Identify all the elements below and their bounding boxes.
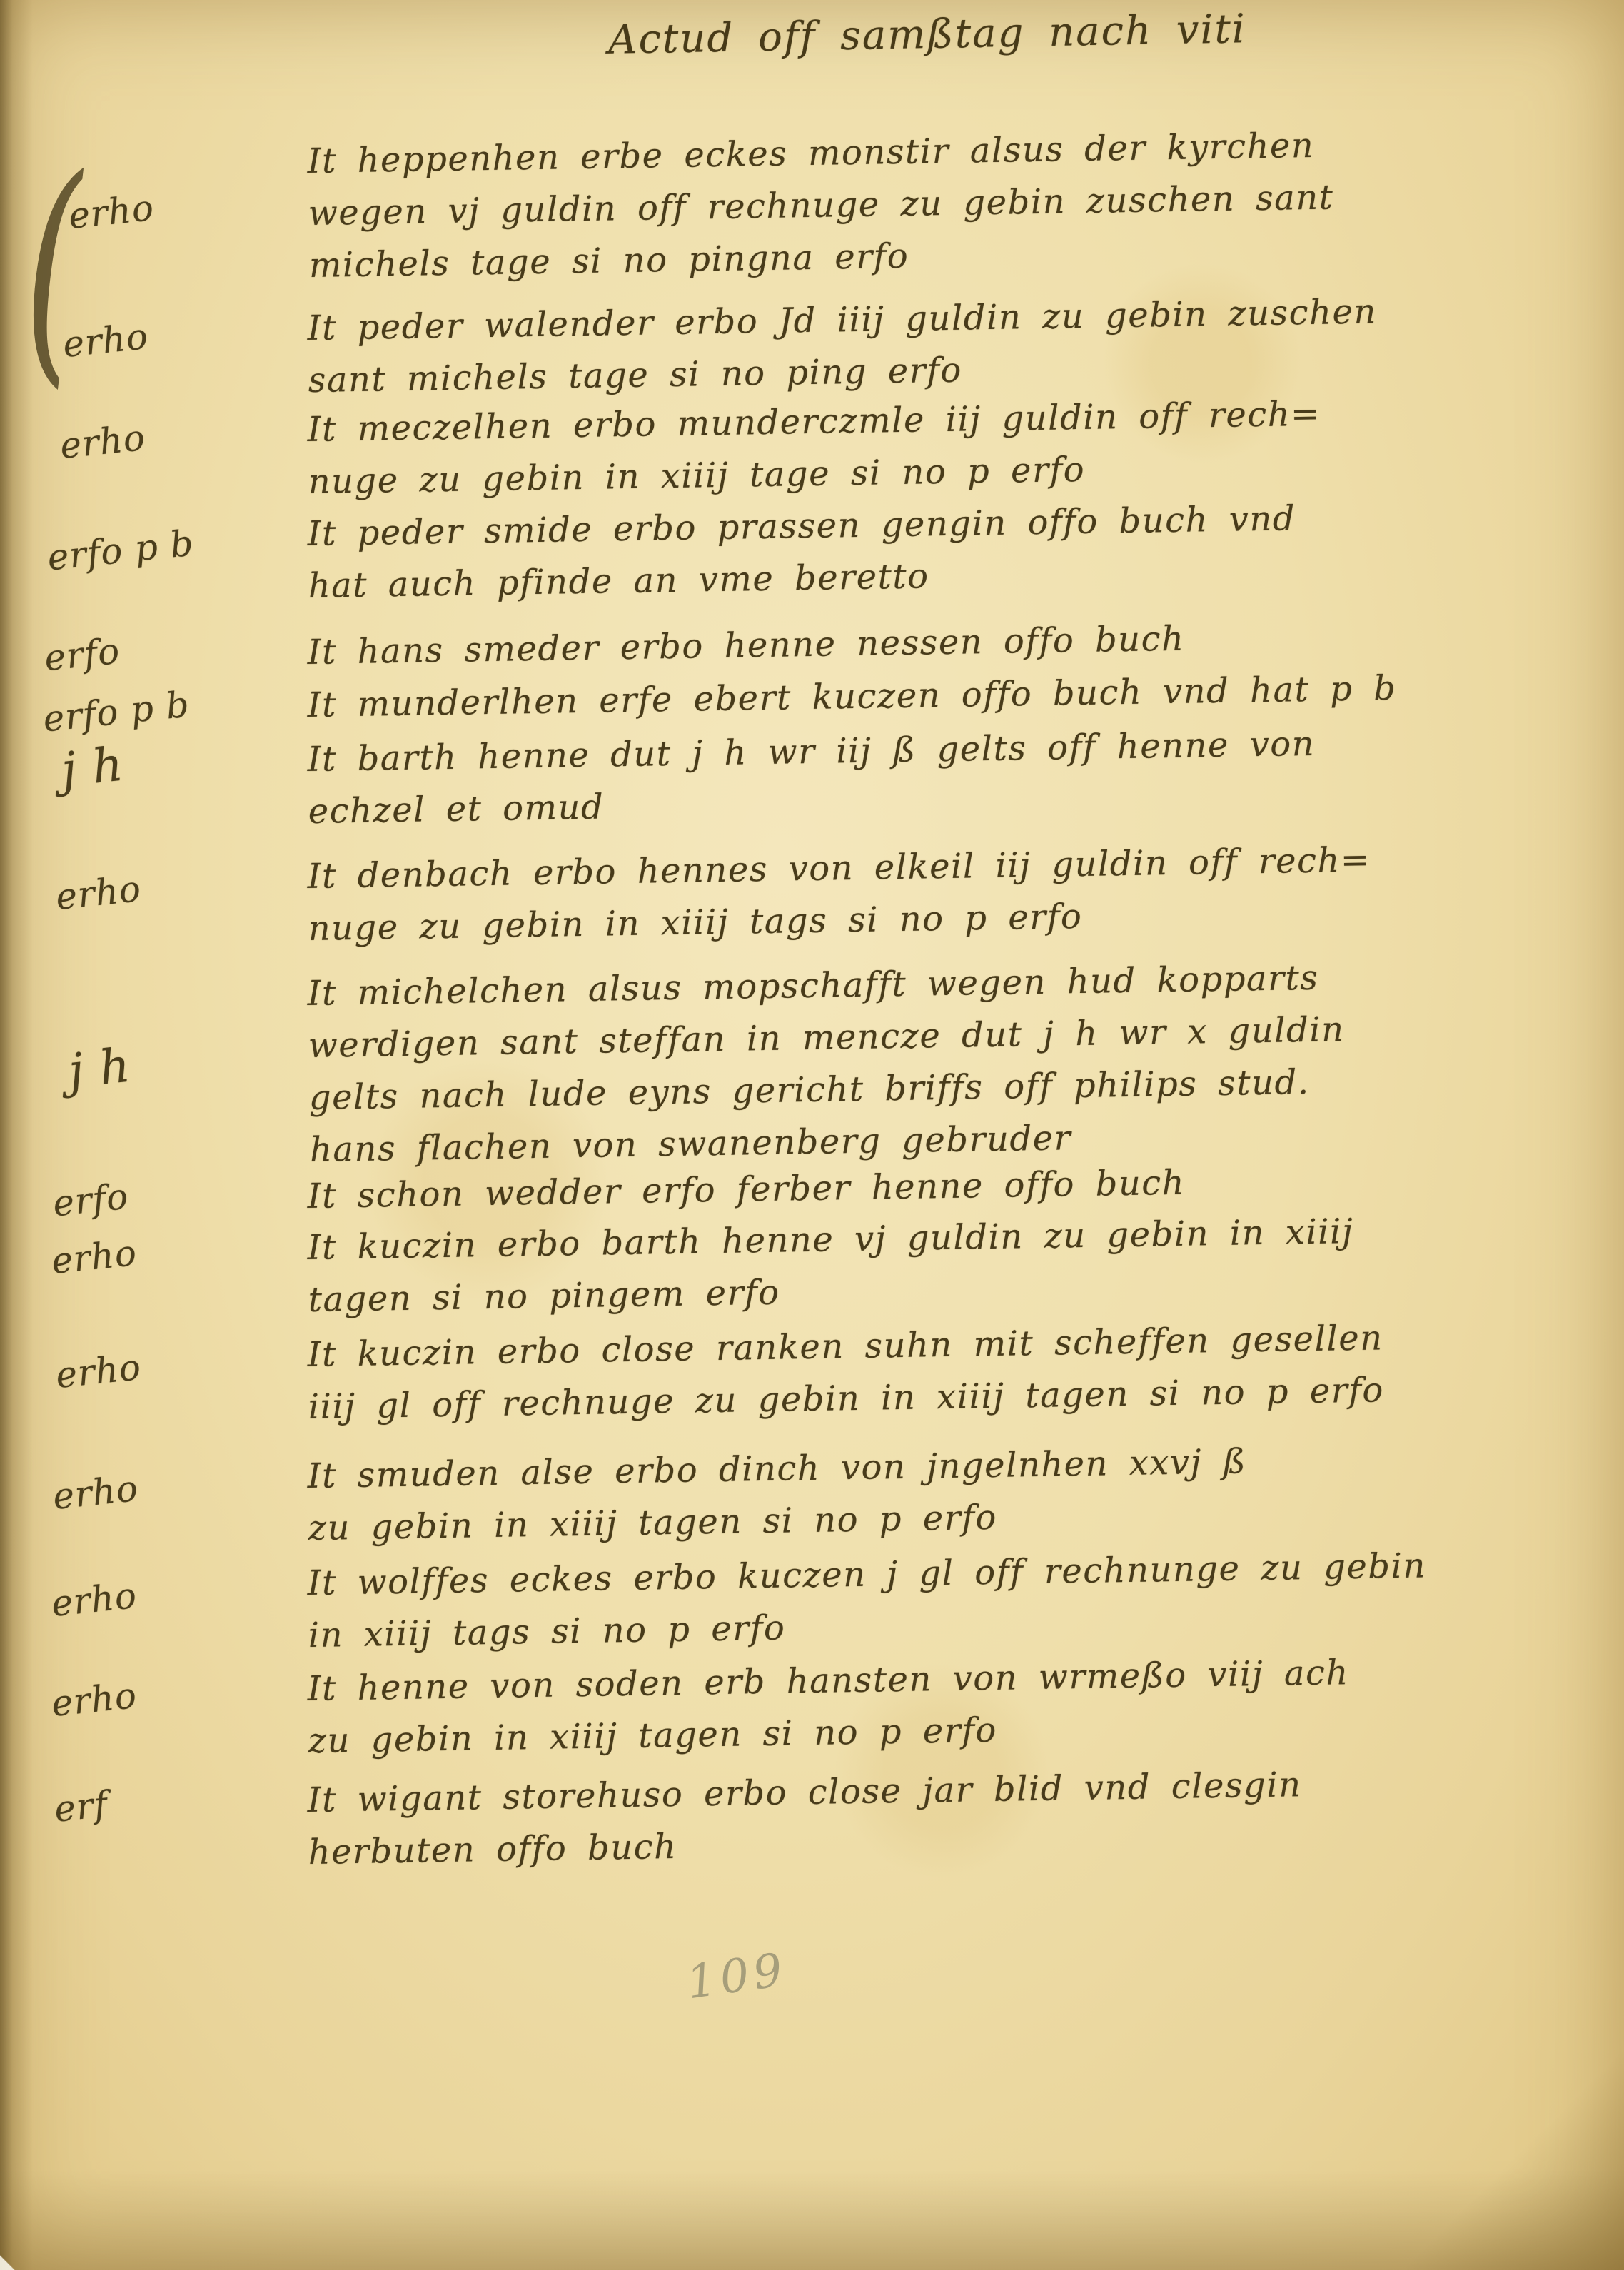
margin-annotation: erfo p b (41, 683, 192, 740)
margin-annotation: j h (66, 1038, 133, 1099)
ledger-entry: It meczelhen erbo munderczmle iij guldin… (307, 384, 1565, 508)
margin-annotation: erho (51, 1468, 140, 1518)
margin-annotation: j h (59, 737, 126, 798)
margin-annotation: erho (58, 417, 147, 467)
margin-annotation: erfo (51, 1176, 131, 1225)
margin-annotation: erfo (42, 630, 122, 680)
margin-annotation: erfo p b (46, 522, 196, 578)
margin-annotation: erho (61, 316, 150, 365)
ledger-entry: It smuden alse erbo dinch von jngelnhen … (307, 1431, 1565, 1555)
ledger-entry: It barth henne dut j h wr iij ß gelts of… (307, 714, 1565, 838)
ledger-entry: It denbach erbo hennes von elkeil iij gu… (307, 831, 1565, 955)
ledger-entry: It michelchen alsus mopschafft wegen hud… (307, 948, 1566, 1176)
ledger-entry: It wigant storehuso erbo close jar blid … (307, 1755, 1565, 1879)
ledger-entry: It kuczin erbo barth henne vj guldin zu … (307, 1202, 1565, 1326)
margin-annotation: erho (54, 1346, 143, 1396)
ledger-entry: It henne von soden erb hansten von wrmeß… (307, 1643, 1565, 1767)
margin-annotation: erho (49, 1232, 138, 1282)
margin-annotation: erho (49, 1675, 138, 1725)
ledger-entry: It wolffes eckes erbo kuczen j gl off re… (307, 1538, 1565, 1662)
margin-annotation: erf (52, 1783, 110, 1830)
ledger-entry: It kuczin erbo close ranken suhn mit sch… (307, 1309, 1565, 1433)
margin-annotation: erho (66, 187, 156, 237)
manuscript-page: Actud off samßtag nach viti ( It heppenh… (0, 0, 1624, 2270)
ledger-entry: It heppenhen erbe eckes monstir alsus de… (307, 116, 1565, 292)
margin-annotation: erho (54, 868, 143, 918)
margin-annotation: erho (49, 1575, 138, 1625)
entries-layer: It heppenhen erbe eckes monstir alsus de… (0, 0, 1624, 2270)
ledger-entry: It peder smide erbo prassen gengin offo … (307, 488, 1565, 612)
